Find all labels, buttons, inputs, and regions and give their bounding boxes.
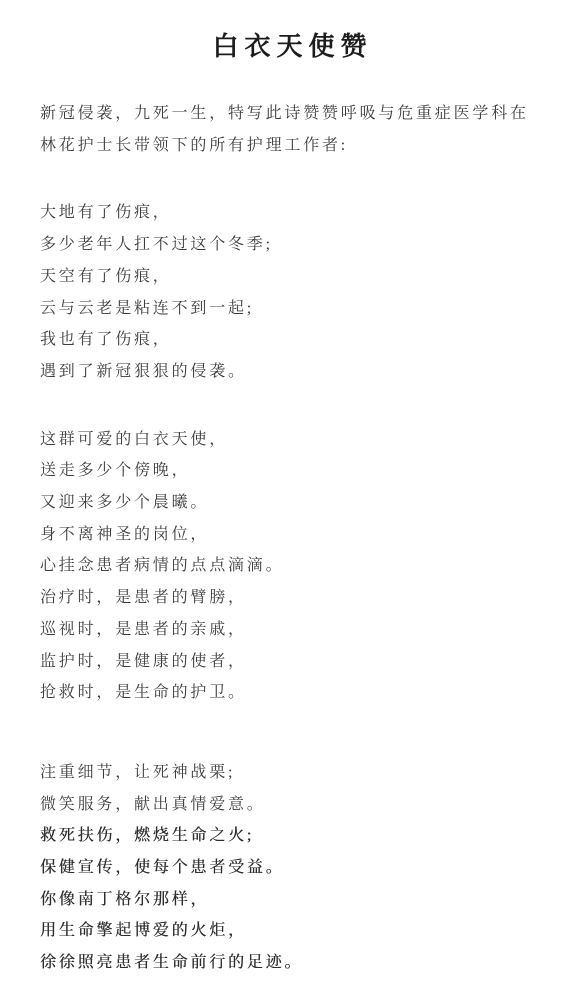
- page-title: 白衣天使赞: [40, 32, 539, 62]
- poem-line: 治疗时，是患者的臂膀，: [40, 582, 539, 614]
- stanza: 大地有了伤痕，多少老年人扛不过这个冬季;天空有了伤痕，云与云老是粘连不到一起;我…: [40, 197, 539, 387]
- poem-line: 天空有了伤痕，: [40, 261, 539, 293]
- stanza: 救死扶伤，燃烧生命之火;保健宣传，使每个患者受益。你像南丁格尔那样，用生命擎起博…: [40, 820, 539, 979]
- poem-line: 我也有了伤痕，: [40, 324, 539, 356]
- poem-line: 这群可爱的白衣天使，: [40, 424, 539, 456]
- poem: 大地有了伤痕，多少老年人扛不过这个冬季;天空有了伤痕，云与云老是粘连不到一起;我…: [40, 197, 539, 978]
- poem-line: 微笑服务，献出真情爱意。: [40, 789, 539, 821]
- poem-line: 送走多少个傍晚，: [40, 455, 539, 487]
- poem-line: 救死扶伤，燃烧生命之火;: [40, 820, 539, 852]
- poem-line: 巡视时，是患者的亲戚，: [40, 614, 539, 646]
- poem-line: 多少老年人扛不过这个冬季;: [40, 229, 539, 261]
- poem-line: 又迎来多少个晨曦。: [40, 487, 539, 519]
- poem-line: 抢救时，是生命的护卫。: [40, 677, 539, 709]
- poem-line: 保健宣传，使每个患者受益。: [40, 852, 539, 884]
- poem-line: 用生命擎起博爱的火炬，: [40, 915, 539, 947]
- poem-line: 注重细节，让死神战栗;: [40, 757, 539, 789]
- poem-line: 云与云老是粘连不到一起;: [40, 293, 539, 325]
- poem-line: 心挂念患者病情的点点滴滴。: [40, 550, 539, 582]
- intro-paragraph: 新冠侵袭，九死一生，特写此诗赞赞呼吸与危重症医学科在林花护士长带领下的所有护理工…: [40, 98, 539, 161]
- stanza: 注重细节，让死神战栗;微笑服务，献出真情爱意。: [40, 757, 539, 820]
- document-page: 白衣天使赞 新冠侵袭，九死一生，特写此诗赞赞呼吸与危重症医学科在林花护士长带领下…: [0, 0, 567, 997]
- poem-line: 监护时，是健康的使者，: [40, 646, 539, 678]
- poem-line: 你像南丁格尔那样，: [40, 884, 539, 916]
- stanza: 这群可爱的白衣天使，送走多少个傍晚，又迎来多少个晨曦。身不离神圣的岗位，心挂念患…: [40, 424, 539, 709]
- poem-line: 遇到了新冠狠狠的侵袭。: [40, 356, 539, 388]
- poem-line: 徐徐照亮患者生命前行的足迹。: [40, 947, 539, 979]
- poem-line: 大地有了伤痕，: [40, 197, 539, 229]
- poem-line: 身不离神圣的岗位，: [40, 519, 539, 551]
